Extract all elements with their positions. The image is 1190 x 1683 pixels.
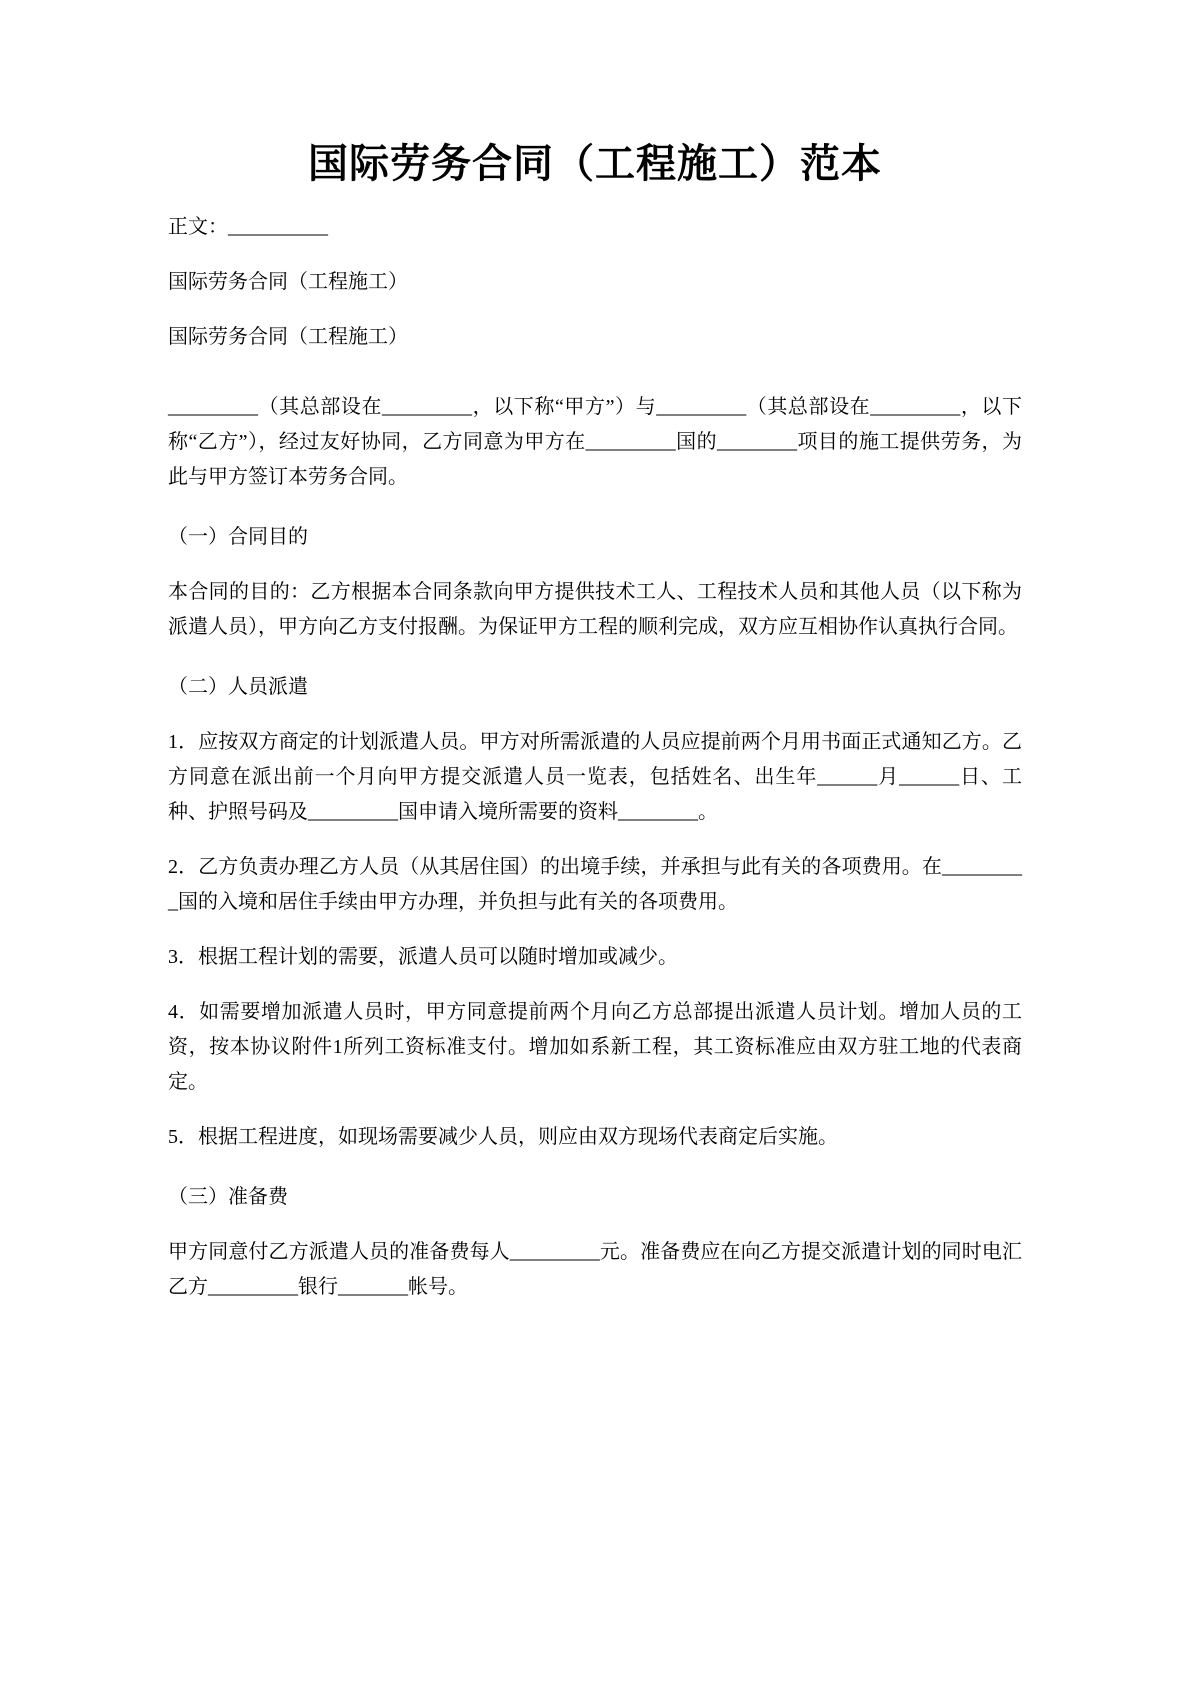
section-2-clause-3: 3．根据工程计划的需要，派遣人员可以随时增加或减少。	[168, 940, 1022, 975]
section-2-clause-4: 4．如需要增加派遣人员时，甲方同意提前两个月向乙方总部提出派遣人员计划。增加人员…	[168, 995, 1022, 1100]
page-title: 国际劳务合同（工程施工）范本	[168, 140, 1022, 188]
section-1-heading: （一）合同目的	[168, 520, 1022, 555]
section-1-clause: 本合同的目的：乙方根据本合同条款向甲方提供技术工人、工程技术人员和其他人员（以下…	[168, 575, 1022, 645]
section-2-clause-2: 2．乙方负责办理乙方人员（从其居住国）的出境手续，并承担与此有关的各项费用。在_…	[168, 850, 1022, 920]
section-2-clause-1: 1．应按双方商定的计划派遣人员。甲方对所需派遣的人员应提前两个月用书面正式通知乙…	[168, 725, 1022, 830]
contract-subtitle-repeat: 国际劳务合同（工程施工）	[168, 320, 1022, 355]
section-2-clause-5: 5．根据工程进度，如现场需要减少人员，则应由双方现场代表商定后实施。	[168, 1120, 1022, 1155]
section-3-clause: 甲方同意付乙方派遣人员的准备费每人_________元。准备费应在向乙方提交派遣…	[168, 1235, 1022, 1305]
section-3-heading: （三）准备费	[168, 1180, 1022, 1215]
contract-subtitle: 国际劳务合同（工程施工）	[168, 265, 1022, 300]
document-page: 国际劳务合同（工程施工）范本 正文：__________ 国际劳务合同（工程施工…	[0, 0, 1190, 1683]
preface-label: 正文：__________	[168, 210, 1022, 245]
intro-paragraph: _________（其总部设在_________，以下称“甲方”）与______…	[168, 390, 1022, 495]
section-2-heading: （二）人员派遣	[168, 670, 1022, 705]
